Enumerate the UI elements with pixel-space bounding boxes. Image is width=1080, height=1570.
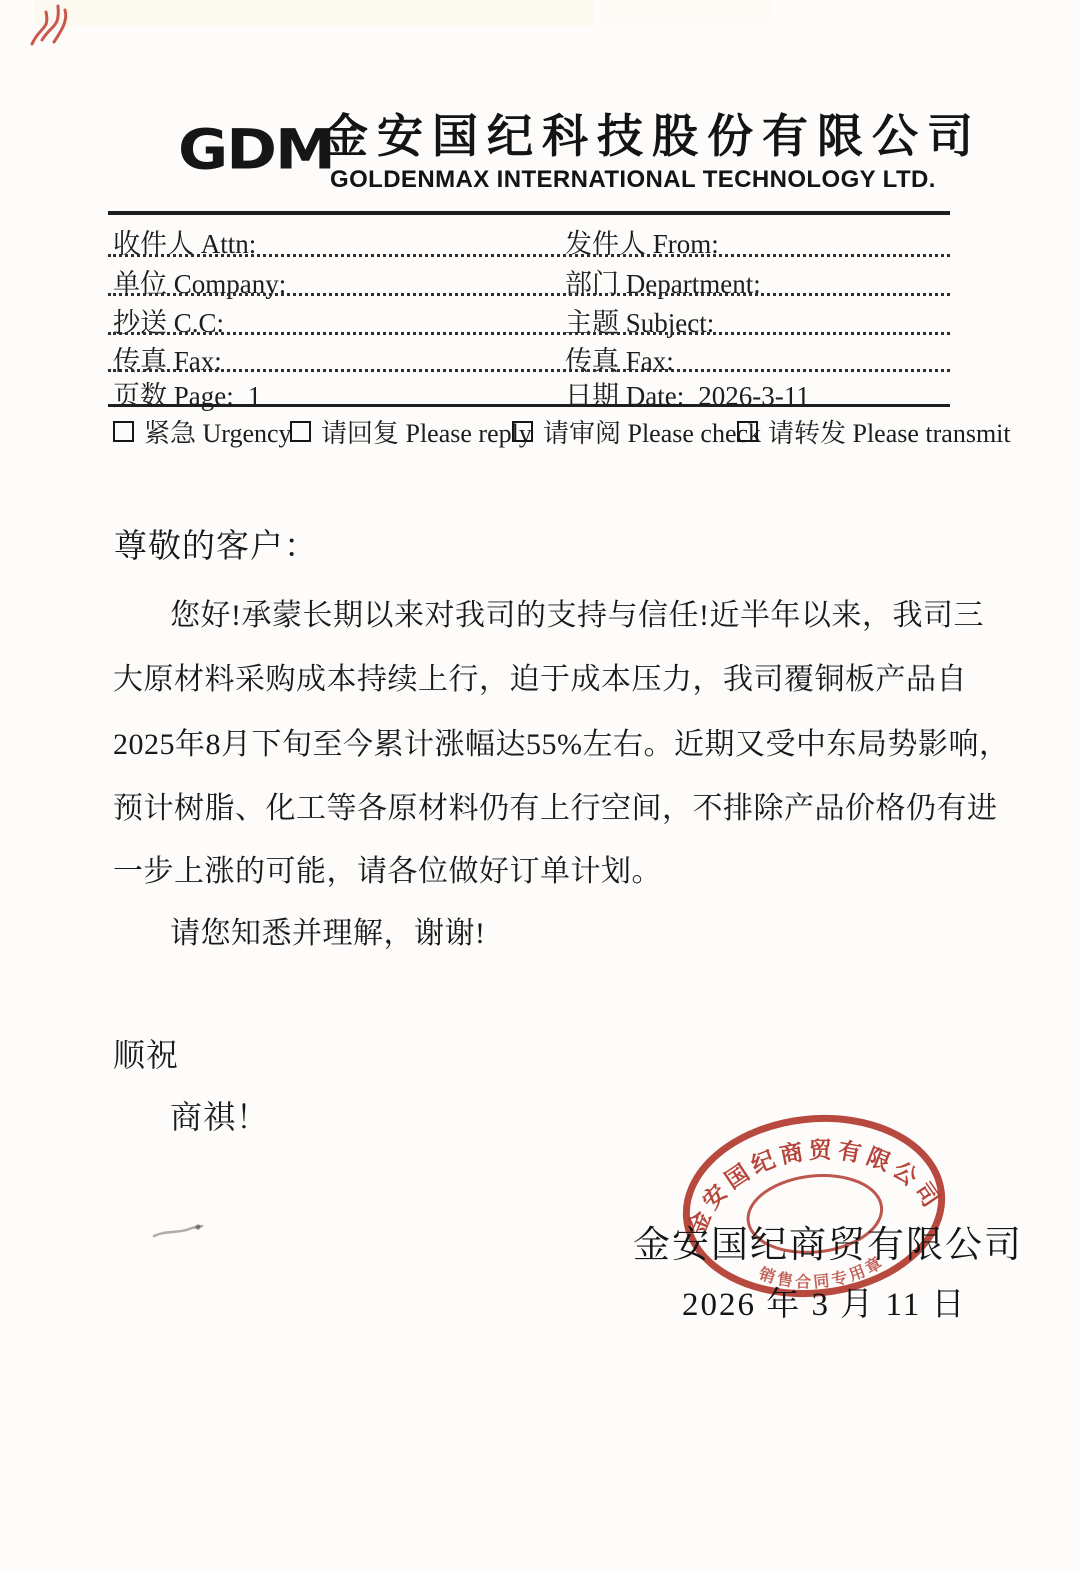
letter-line-5: 一步上涨的可能，请各位做好订单计划。 — [113, 846, 662, 890]
checkbox-please-reply: 请回复 Please reply — [290, 413, 532, 450]
well-wish-shangqi: 商祺！ — [170, 1092, 269, 1138]
field-fax-right-label: 传真 Fax: — [565, 339, 674, 378]
urgency-checkbox-icon — [113, 421, 134, 442]
letter-line-3: 2025年8月下旬至今累计涨幅达55%左右。近期又受中东局势影响， — [113, 719, 1010, 763]
pen-smudge-mark — [152, 1222, 216, 1242]
gdm-logo: GDM — [178, 118, 334, 182]
fax-document-page: GDM 金安国纪科技股份有限公司 GOLDENMAX INTERNATIONAL… — [0, 0, 1080, 1570]
letter-line-4: 预计树脂、化工等各原材料仍有上行空间，不排除产品价格仍有进 — [113, 783, 998, 827]
letter-line-1: 您好!承蒙长期以来对我司的支持与信任!近半年以来，我司三 — [170, 590, 984, 634]
field-page: 页数 Page:1 — [113, 374, 261, 413]
scan-artifact-band-2 — [600, 0, 770, 22]
please-reply-checkbox-icon — [290, 421, 311, 442]
letter-salutation: 尊敬的客户： — [114, 520, 318, 567]
signature-company-name: 金安国纪商贸有限公司 — [633, 1214, 1023, 1268]
checkbox-urgency-label: 紧急 Urgency — [144, 413, 292, 450]
form-dotted-rule-2 — [108, 293, 950, 296]
checkbox-please-reply-label: 请回复 Please reply — [321, 413, 532, 450]
field-date: 日期 Date:2026-3-11 — [565, 374, 810, 413]
form-top-rule — [108, 211, 950, 215]
company-name-english: GOLDENMAX INTERNATIONAL TECHNOLOGY LTD. — [330, 166, 936, 194]
letter-line-2: 大原材料采购成本持续上行，迫于成本压力，我司覆铜板产品自 — [113, 654, 967, 698]
please-transmit-checkbox-icon — [737, 421, 758, 442]
scan-artifact-band — [34, 0, 594, 26]
checkbox-please-check-label: 请审阅 Please check — [543, 413, 761, 450]
letter-closing-line: 请您知悉并理解，谢谢! — [170, 908, 486, 952]
form-bottom-rule — [108, 404, 950, 407]
company-name-chinese: 金安国纪科技股份有限公司 — [322, 100, 982, 166]
checkbox-please-transmit: 请转发 Please transmit — [737, 413, 1011, 450]
checkbox-please-check: 请审阅 Please check — [512, 413, 761, 450]
form-dotted-rule-3 — [108, 332, 950, 335]
red-scribble-mark — [24, 0, 82, 52]
form-dotted-rule-1 — [108, 254, 950, 257]
signature-date: 2026 年 3 月 11 日 — [682, 1278, 967, 1325]
well-wish-shunzhu: 顺祝 — [113, 1030, 179, 1076]
form-dotted-rule-4 — [108, 369, 950, 372]
please-check-checkbox-icon — [512, 421, 533, 442]
checkbox-urgency: 紧急 Urgency — [113, 413, 292, 450]
checkbox-please-transmit-label: 请转发 Please transmit — [768, 413, 1011, 450]
field-fax-left-label: 传真 Fax: — [113, 339, 222, 378]
